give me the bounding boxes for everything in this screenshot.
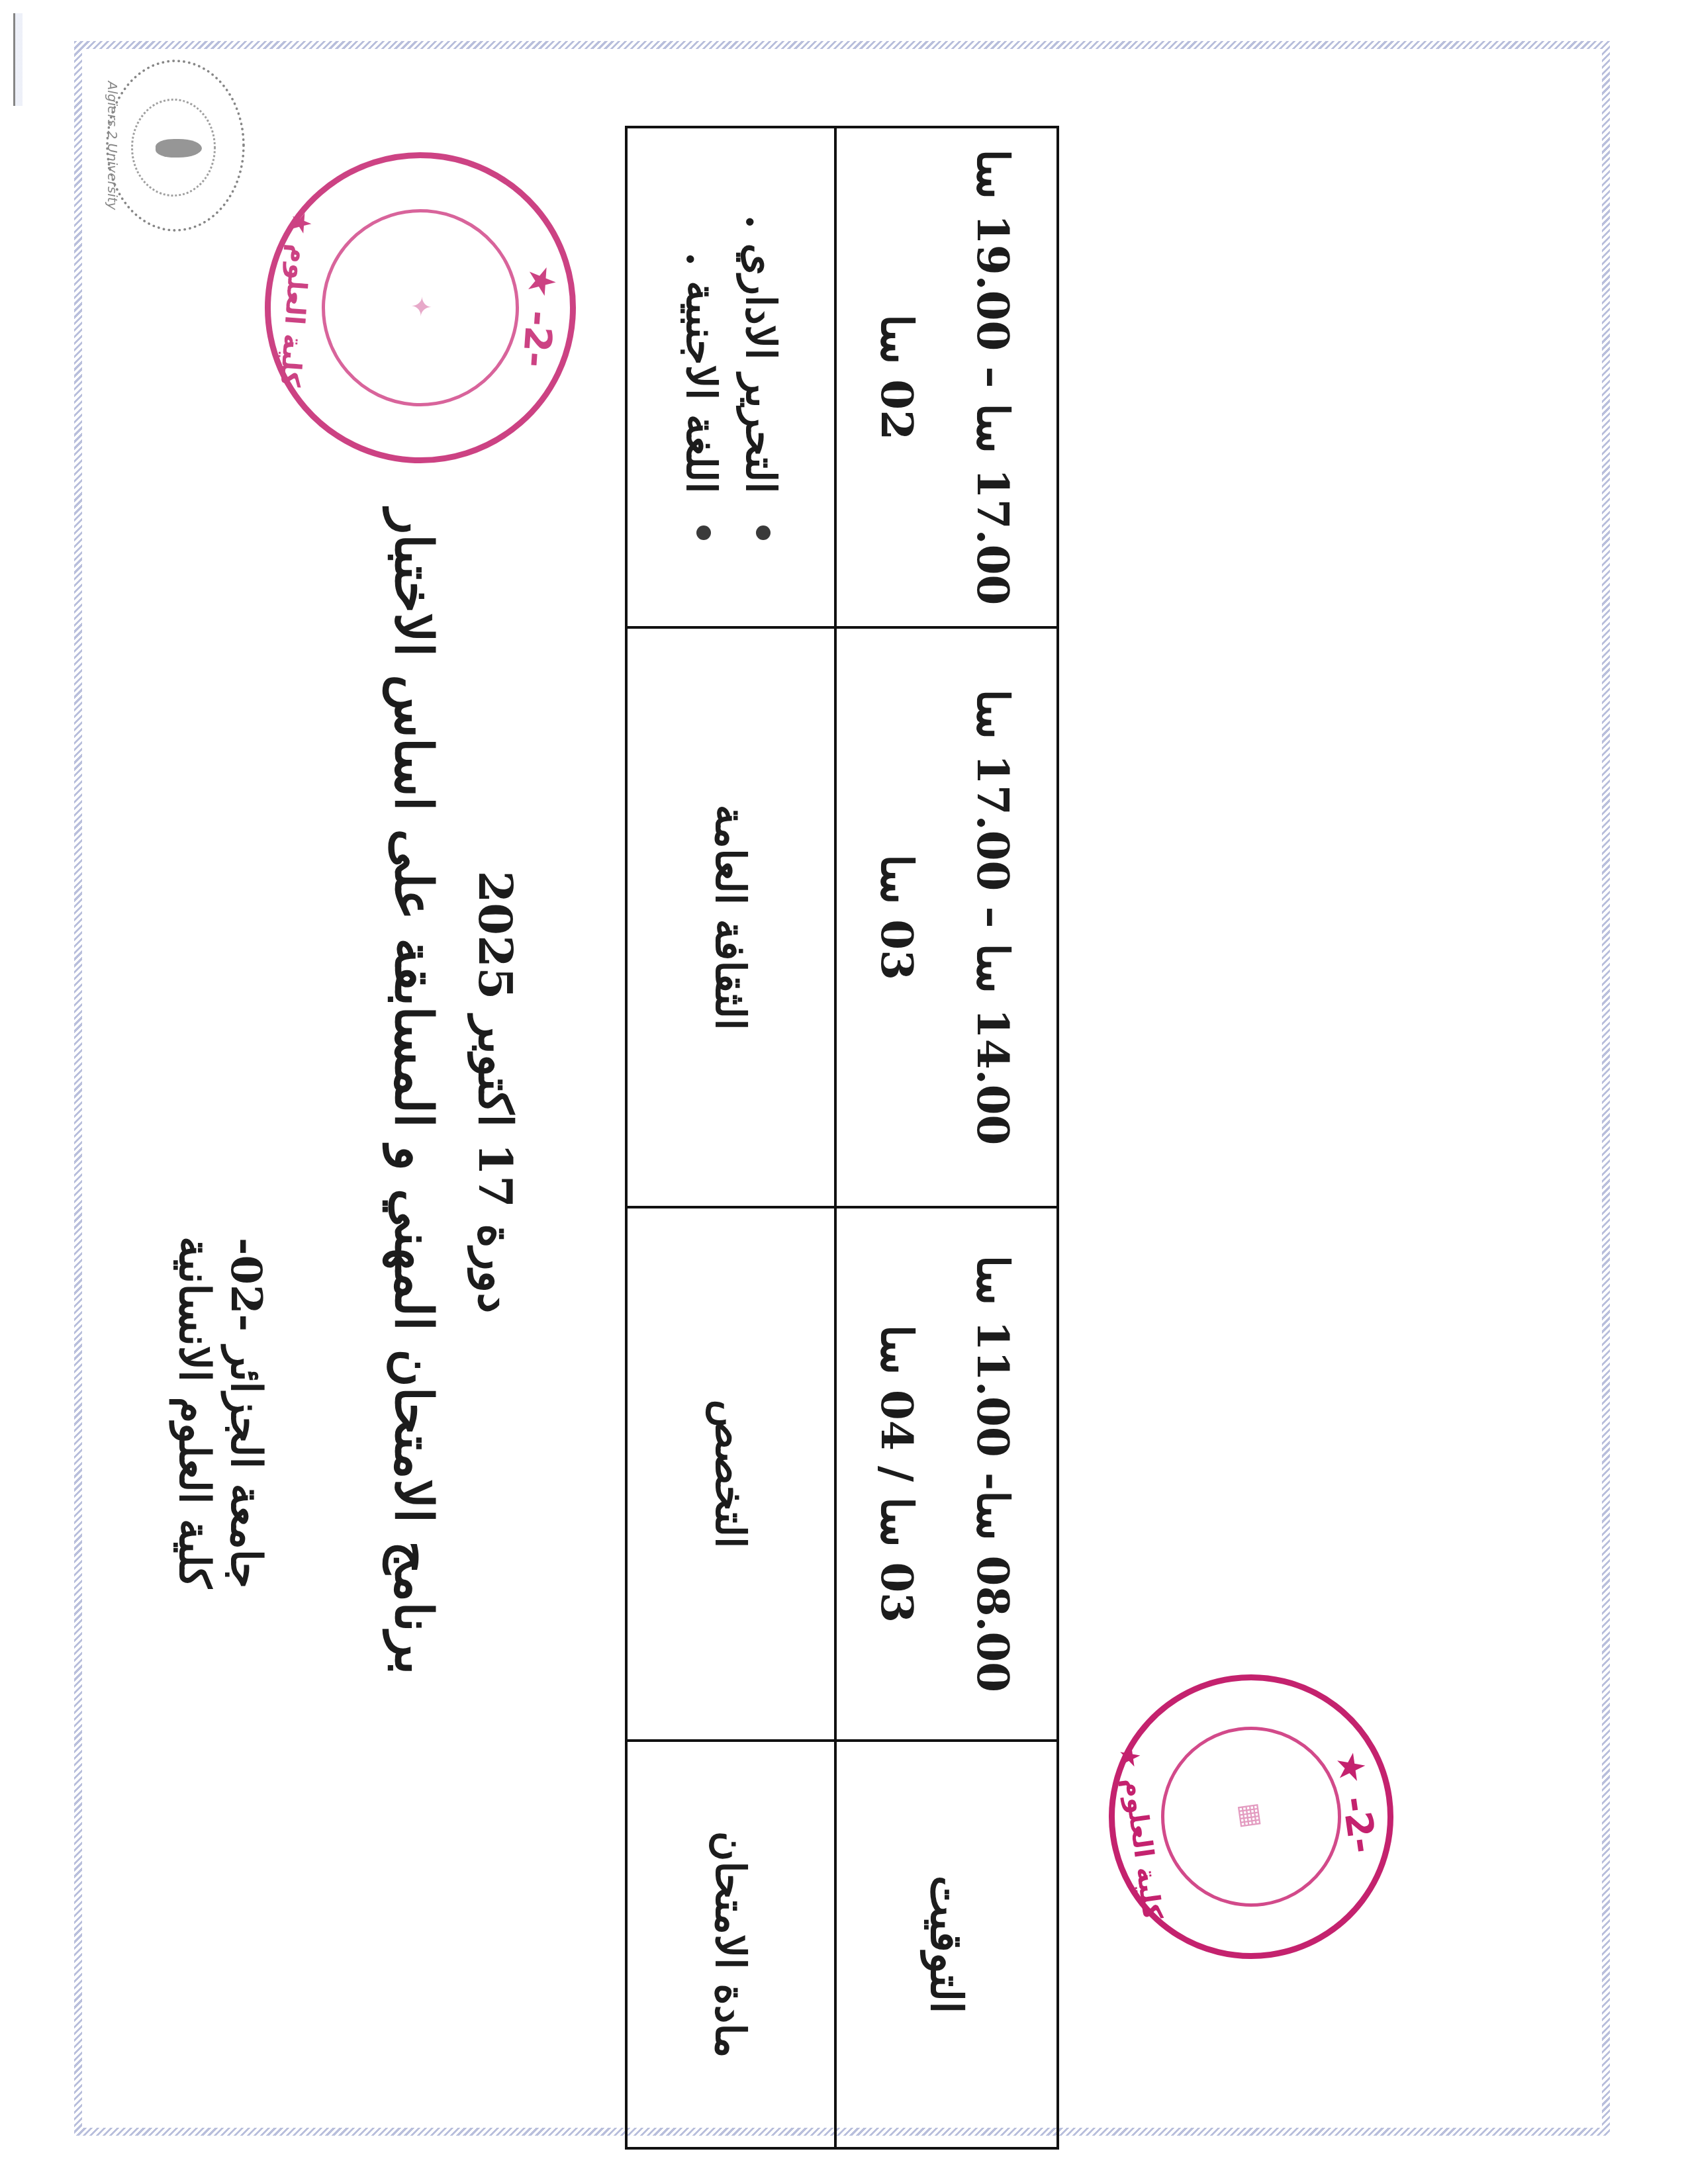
cell-subject-general-culture: الثقافة العامة — [626, 627, 835, 1207]
cell-time-writing-language: 17.00 سا – 19.00 سا 02 سا — [835, 127, 1058, 627]
stamp-emblem-icon: ▦ — [1149, 1715, 1352, 1918]
subject-list: التحرير الاداري . اللغة الاجنبية . — [671, 214, 790, 539]
duration: 03 سا — [870, 629, 923, 1205]
cell-time-specialty: 08.00 سا- 11.00 سا 03 سا / 04 سا — [835, 1207, 1058, 1741]
time-range: 17.00 سا – 19.00 سا — [963, 129, 1023, 625]
duration: 02 سا — [870, 129, 923, 625]
cell-subject-specialty: التخصص — [626, 1207, 835, 1741]
table-row-time: التوقيت 08.00 سا- 11.00 سا 03 سا / 04 سا… — [835, 127, 1058, 2148]
table-row-subject: مادة الامتحان التخصص الثقافة العامة التح… — [626, 127, 835, 2148]
cell-time-general-culture: 14.00 سا – 17.00 سا 03 سا — [835, 627, 1058, 1207]
logo-caption: Algiers 2 University — [105, 62, 120, 229]
faculty-name: كلية العلوم الانسانية — [168, 993, 220, 1588]
institution-header: جامعة الجزائر -02- كلية العلوم الانسانية — [168, 993, 271, 1588]
time-range: 08.00 سا- 11.00 سا — [963, 1209, 1023, 1739]
duration: 03 سا / 04 سا — [870, 1209, 923, 1739]
stamp-emblem-icon: ✦ — [315, 203, 526, 413]
row-header-subject: مادة الامتحان — [626, 1741, 835, 2148]
document-page: جامعة الجزائر -02- كلية العلوم الانسانية… — [0, 0, 1688, 2184]
exam-schedule-table: التوقيت 08.00 سا- 11.00 سا 03 سا / 04 سا… — [625, 126, 1059, 2150]
university-name: جامعة الجزائر -02- — [220, 993, 271, 1588]
list-item: التحرير الاداري . — [731, 214, 790, 539]
time-range: 14.00 سا – 17.00 سا — [963, 629, 1023, 1205]
university-logo-icon: Algiers 2 University — [106, 60, 245, 232]
row-header-time: التوقيت — [835, 1741, 1058, 2148]
list-item: اللغة الاجنبية . — [671, 214, 731, 539]
cell-subject-writing-language: التحرير الاداري . اللغة الاجنبية . — [626, 127, 835, 627]
